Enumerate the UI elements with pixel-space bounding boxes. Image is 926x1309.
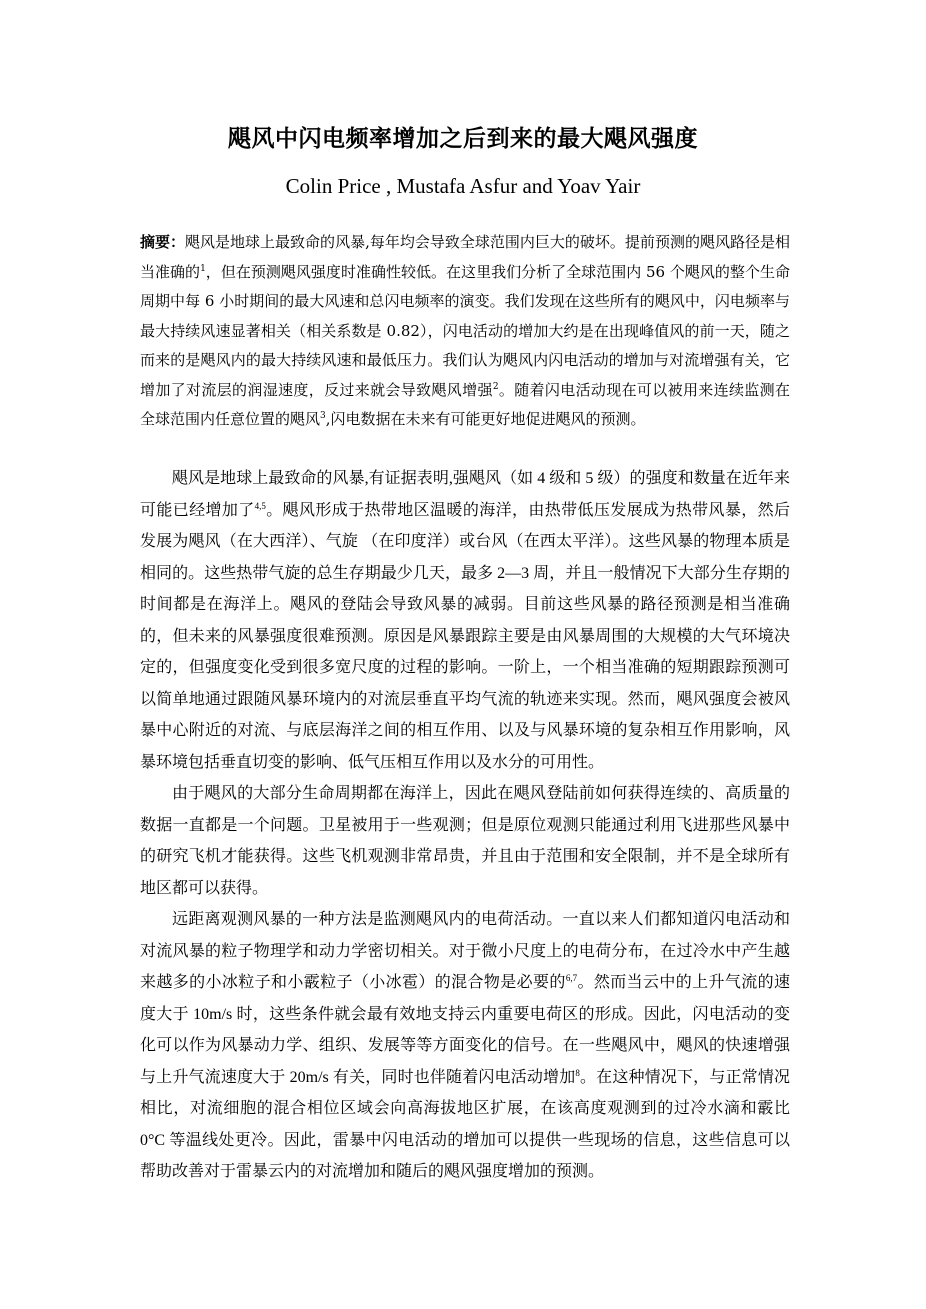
citation-ref: 6,7 (566, 973, 577, 983)
abstract-label: 摘要： (140, 233, 185, 251)
paragraph-text: 由于飓风的大部分生命周期都在海洋上，因此在飓风登陆前如何获得连续的、高质量的数据… (140, 785, 790, 897)
abstract-text: ，但在预测飓风强度时准确性较低。在这里我们分析了全球范围内 56 个飓风的整个生… (140, 263, 790, 399)
abstract: 摘要：飓风是地球上最致命的风暴,每年均会导致全球范围内巨大的破坏。提前预测的飓风… (140, 228, 790, 435)
paper-authors: Colin Price , Mustafa Asfur and Yoav Yai… (0, 174, 926, 199)
paper-title: 飓风中闪电频率增加之后到来的最大飓风强度 (0, 120, 926, 153)
paragraph-2: 由于飓风的大部分生命周期都在海洋上，因此在飓风登陆前如何获得连续的、高质量的数据… (140, 778, 790, 904)
citation-ref: 4,5 (255, 501, 266, 511)
abstract-text: ,闪电数据在未来有可能更好地促进飓风的预测。 (326, 410, 646, 428)
paragraph-1: 飓风是地球上最致命的风暴,有证据表明,强飓风（如 4 级和 5 级）的强度和数量… (140, 463, 790, 778)
paragraph-3: 远距离观测风暴的一种方法是监测飓风内的电荷活动。一直以来人们都知道闪电活动和对流… (140, 904, 790, 1188)
paragraph-text: 。飓风形成于热带地区温暖的海洋，由热带低压发展成为热带风暴，然后发展为飓风（在大… (140, 502, 790, 771)
body-text: 飓风是地球上最致命的风暴,有证据表明,强飓风（如 4 级和 5 级）的强度和数量… (140, 463, 790, 1188)
document-page: 飓风中闪电频率增加之后到来的最大飓风强度 Colin Price , Musta… (0, 0, 926, 1309)
